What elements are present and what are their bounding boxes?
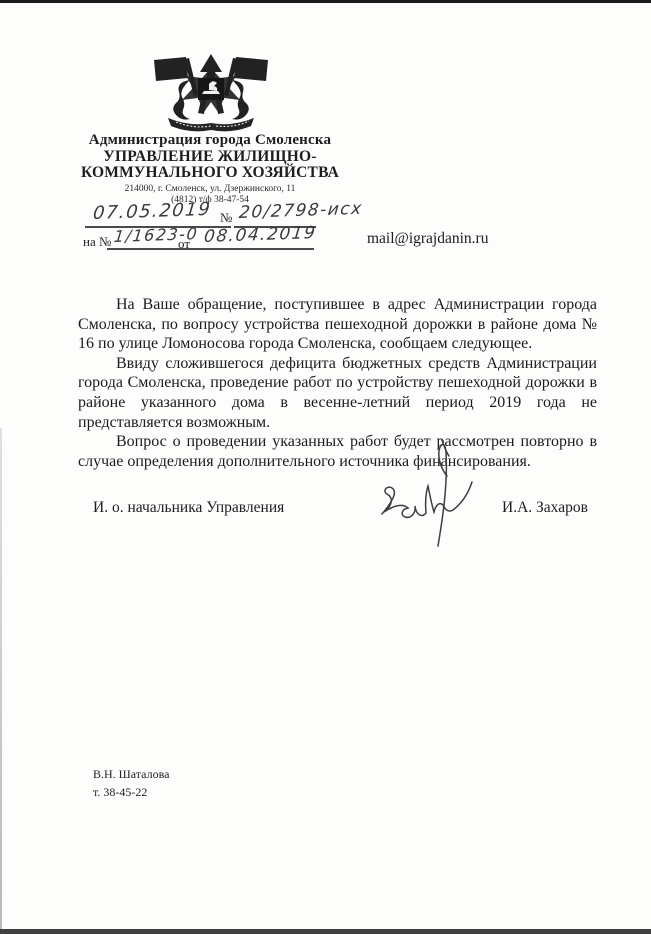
- from-label: от: [178, 236, 190, 252]
- letter-page: Администрация города Смоленска УПРАВЛЕНИ…: [0, 0, 651, 934]
- org-header: Администрация города Смоленска УПРАВЛЕНИ…: [55, 132, 365, 206]
- scan-edge-bottom: [0, 929, 651, 934]
- scan-edge-top: [0, 0, 651, 3]
- incoming-date-handwritten: 08.04.2019: [203, 223, 317, 247]
- email-address: mail@igrajdanin.ru: [367, 230, 488, 248]
- executor-block: В.Н. Шаталова т. 38-45-22: [93, 766, 169, 801]
- paragraph-1: На Ваше обращение, поступившее в адрес А…: [78, 295, 597, 354]
- dept-name-line1: УПРАВЛЕНИЕ ЖИЛИЩНО-: [55, 149, 365, 165]
- letter-body: На Ваше обращение, поступившее в адрес А…: [78, 295, 597, 471]
- paragraph-2: Ввиду сложившегося дефицита бюджетных ср…: [78, 354, 597, 432]
- handwritten-signature-icon: [372, 436, 480, 548]
- executor-name: В.Н. Шаталова: [93, 766, 169, 784]
- executor-phone: т. 38-45-22: [93, 784, 169, 802]
- org-address: 214000, г. Смоленск, ул. Дзержинского, 1…: [55, 184, 365, 195]
- incoming-date-underline: [198, 248, 314, 250]
- dept-name-line2: КОММУНАЛЬНОГО ХОЗЯЙСТВА: [55, 165, 365, 181]
- number-sign: №: [220, 210, 232, 226]
- outgoing-number-handwritten: 20/2798-исх: [238, 199, 364, 223]
- paragraph-3: Вопрос о проведении указанных работ буде…: [78, 432, 597, 471]
- org-name: Администрация города Смоленска: [55, 132, 365, 149]
- signer-title: И. о. начальника Управления: [93, 499, 284, 517]
- signer-name: И.А. Захаров: [502, 499, 588, 517]
- outgoing-date-handwritten: 07.05.2019: [92, 199, 212, 224]
- smolensk-coat-of-arms-icon: [146, 54, 276, 134]
- scan-edge-left: [0, 428, 2, 929]
